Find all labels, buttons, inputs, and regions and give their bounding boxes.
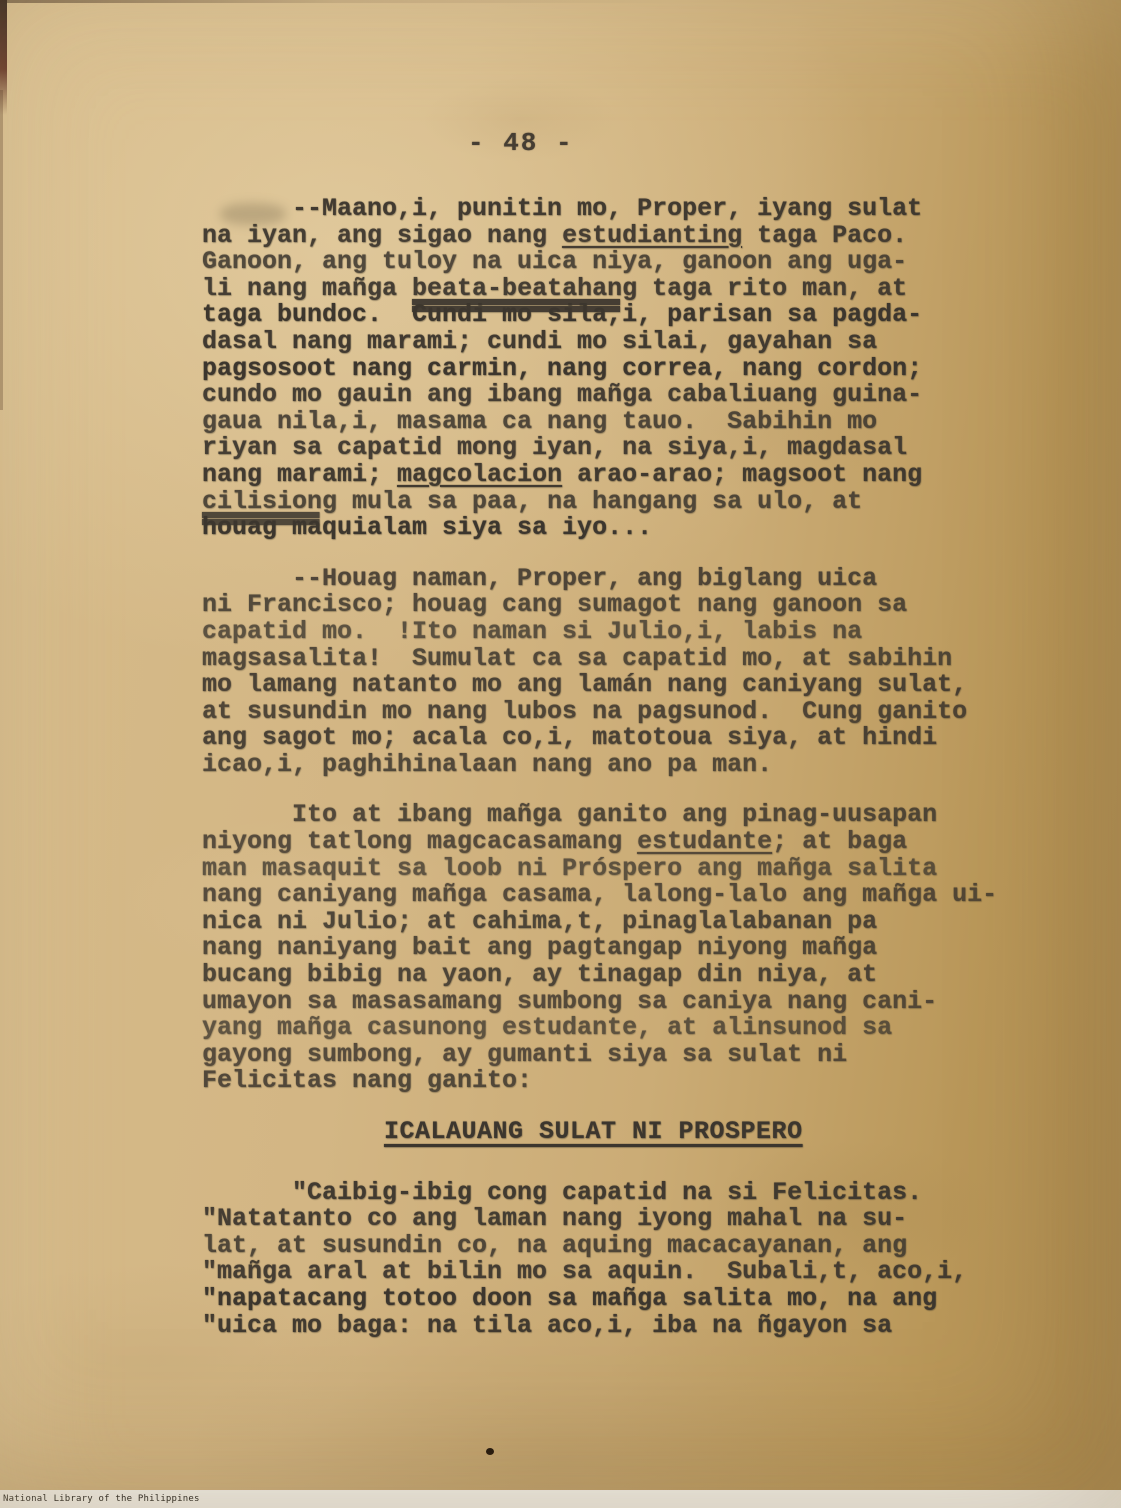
text-line: nica ni Julio; at cahima,t, pinaglalaban… <box>202 909 1082 936</box>
text-line: yang mañga casunong estudante, at alinsu… <box>202 1015 1082 1042</box>
text-line: dasal nang marami; cundi mo silai, gayah… <box>202 329 1082 356</box>
text-line: Ito at ibang mañga ganito ang pinag-uusa… <box>202 802 1082 829</box>
text-line: nang marami; magcolacion arao-arao; mags… <box>202 462 1082 489</box>
text-line: "napatacang totoo doon sa mañga salita m… <box>202 1286 1082 1313</box>
scan-edge-left-shadow <box>0 90 3 410</box>
text-line: Ganoon, ang tuloy na uica niya, ganoon a… <box>202 249 1082 276</box>
text-line: nang naniyang bait ang pagtangap niyong … <box>202 935 1082 962</box>
text-line: cundo mo gauin ang ibang mañga cabaliuan… <box>202 382 1082 409</box>
text-line: taga bundoc. Cundi mo sila,i, parisan sa… <box>202 302 1082 329</box>
text-line: "uica mo baga: na tila aco,i, iba na ñga… <box>202 1313 1082 1340</box>
ink-dot <box>486 1448 494 1455</box>
text-line: capatid mo. !Ito naman si Julio,i, labis… <box>202 619 1082 646</box>
text-line: magsasalita! Sumulat ca sa capatid mo, a… <box>202 646 1082 673</box>
scanned-page: - 48 - --Maano,i, punitin mo, Proper, iy… <box>0 0 1121 1508</box>
underlined-word: magcolacion <box>397 460 562 489</box>
text-line: lat, at susundin co, na aquing macacayan… <box>202 1233 1082 1260</box>
section-heading: ICALAUANG SULAT NI PROSPERO <box>384 1119 1082 1146</box>
text-line: pagsosoot nang carmin, nang correa, nang… <box>202 356 1082 383</box>
underlined-word: estudante <box>637 827 772 856</box>
paragraph: Ito at ibang mañga ganito ang pinag-uusa… <box>202 802 1082 1095</box>
text-line: gaua nila,i, masama ca nang tauo. Sabihi… <box>202 409 1082 436</box>
text-line: Felicitas nang ganito: <box>202 1068 1082 1095</box>
paragraph: --Houag naman, Proper, ang biglang uican… <box>202 566 1082 779</box>
text-line: --Houag naman, Proper, ang biglang uica <box>202 566 1082 593</box>
typewritten-text: --Maano,i, punitin mo, Proper, iyang sul… <box>202 196 1082 1363</box>
text-line: "Natatanto co ang laman nang iyong mahal… <box>202 1206 1082 1233</box>
text-line: niyong tatlong magcacasamang estudante; … <box>202 829 1082 856</box>
text-line: "mañga aral at bilin mo sa aquin. Subali… <box>202 1259 1082 1286</box>
page-number: - 48 - <box>468 128 574 158</box>
text-line: cilisiong mula sa paa, na hangang sa ulo… <box>202 489 1082 516</box>
text-line: icao,i, paghihinalaan nang ano pa man. <box>202 752 1082 779</box>
text-line: ang sagot mo; acala co,i, matotoua siya,… <box>202 725 1082 752</box>
scan-edge-top <box>0 0 1121 3</box>
text-line: nang caniyang mañga casama, lalong-lalo … <box>202 882 1082 909</box>
text-line: --Maano,i, punitin mo, Proper, iyang sul… <box>202 196 1082 223</box>
text-line: houag maquialam siya sa iyo... <box>202 515 1082 542</box>
paragraph: "Caibig-ibig cong capatid na si Felicita… <box>202 1180 1082 1340</box>
footer-bar: National Library of the Philippines <box>0 1490 1121 1508</box>
text-line: mo lamang natanto mo ang lamán nang cani… <box>202 672 1082 699</box>
text-line: na iyan, ang sigao nang estudianting tag… <box>202 223 1082 250</box>
paragraph: --Maano,i, punitin mo, Proper, iyang sul… <box>202 196 1082 542</box>
text-line: li nang mañga beata-beatahang taga rito … <box>202 276 1082 303</box>
text-line: riyan sa capatid mong iyan, na siya,i, m… <box>202 435 1082 462</box>
text-line: umayon sa masasamang sumbong sa caniya n… <box>202 989 1082 1016</box>
text-line: ni Francisco; houag cang sumagot nang ga… <box>202 592 1082 619</box>
text-line: bucang bibig na yaon, ay tinagap din niy… <box>202 962 1082 989</box>
text-line: "Caibig-ibig cong capatid na si Felicita… <box>202 1180 1082 1207</box>
underlined-word: beata-beatahang <box>412 274 637 303</box>
underlined-word: cilisiong <box>202 487 337 516</box>
text-line: man masaquit sa loob ni Próspero ang mañ… <box>202 856 1082 883</box>
underlined-word: estudianting <box>562 221 742 250</box>
text-line: gayong sumbong, ay gumanti siya sa sulat… <box>202 1042 1082 1069</box>
library-watermark-label: National Library of the Philippines <box>3 1494 200 1504</box>
text-line: at susundin mo nang lubos na pagsunod. C… <box>202 699 1082 726</box>
